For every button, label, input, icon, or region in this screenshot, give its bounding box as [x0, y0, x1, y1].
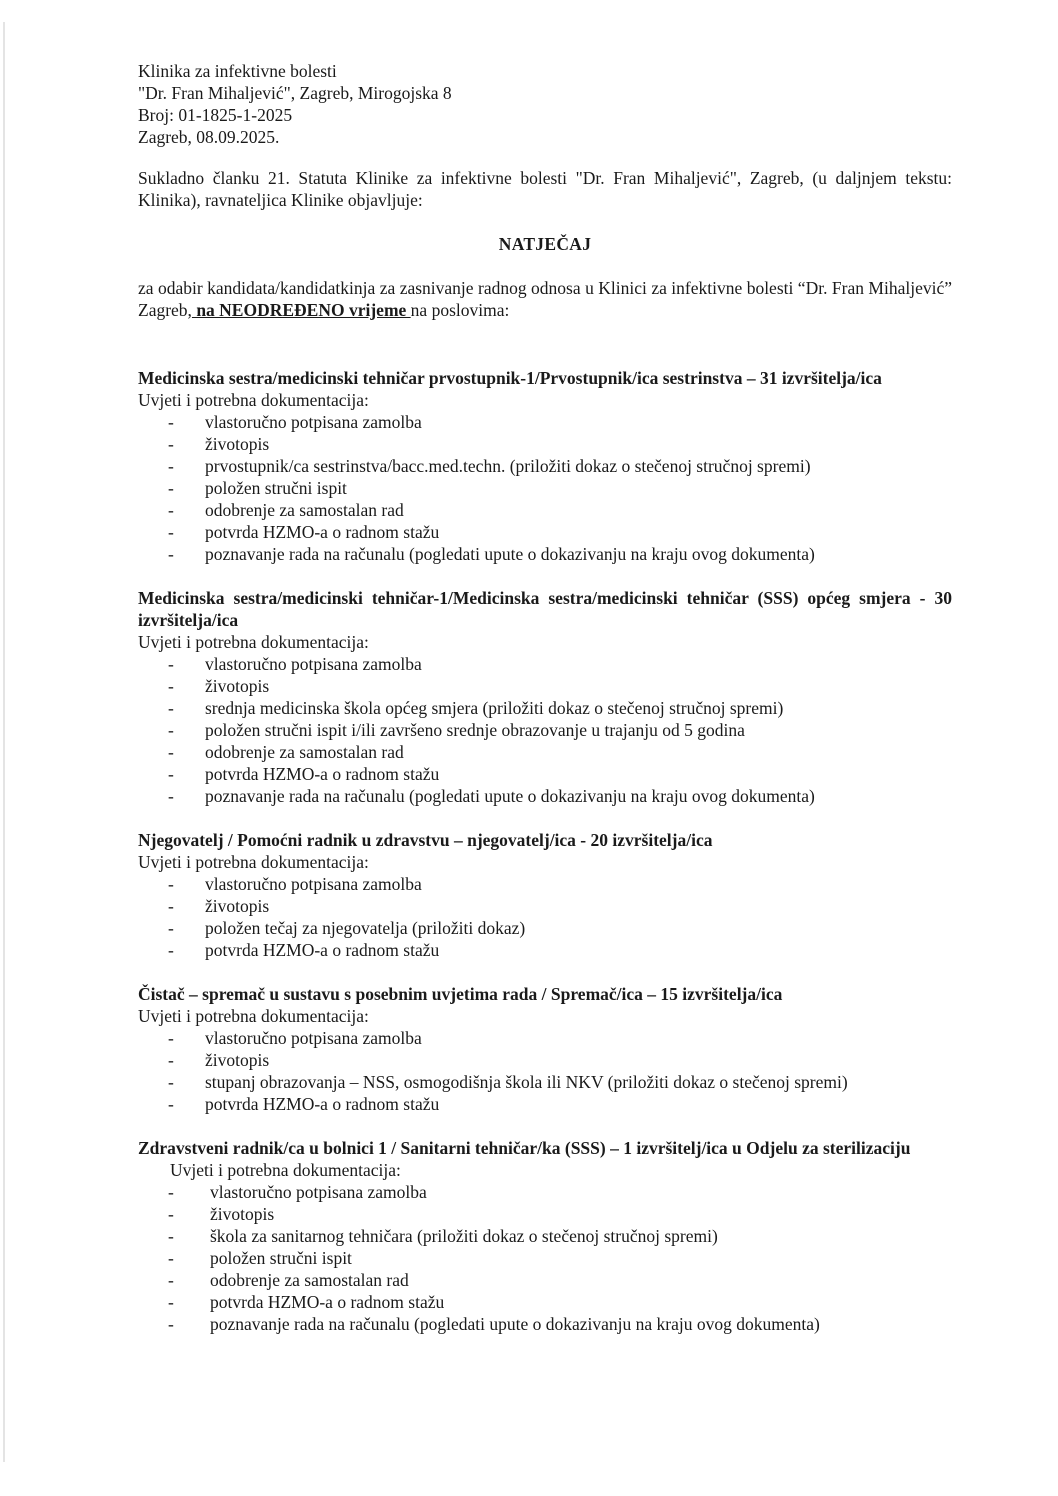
requirement-item: položen stručni ispit — [168, 477, 952, 499]
requirement-item: životopis — [168, 895, 952, 917]
requirement-item: vlastoručno potpisana zamolba — [168, 1181, 952, 1203]
requirement-item: odobrenje za samostalan rad — [168, 741, 952, 763]
requirement-item: prvostupnik/ca sestrinstva/bacc.med.tech… — [168, 455, 952, 477]
requirement-item: vlastoručno potpisana zamolba — [168, 1027, 952, 1049]
requirement-item: položen stručni ispit i/ili završeno sre… — [168, 719, 952, 741]
position-section: Medicinska sestra/medicinski tehničar-1/… — [138, 587, 952, 807]
place-date: Zagreb, 08.09.2025. — [138, 126, 952, 148]
requirement-item: potvrda HZMO-a o radnom stažu — [168, 1093, 952, 1115]
requirement-item: odobrenje za samostalan rad — [168, 499, 952, 521]
position-section: Zdravstveni radnik/ca u bolnici 1 / Sani… — [138, 1137, 952, 1335]
intro-paragraph: Sukladno članku 21. Statuta Klinike za i… — [138, 167, 952, 211]
position-section: Čistač – spremač u sustavu s posebnim uv… — [138, 983, 952, 1115]
institution-name: Klinika za infektivne bolesti — [138, 60, 952, 82]
document-page: Klinika za infektivne bolesti "Dr. Fran … — [138, 60, 952, 1335]
requirement-item: poznavanje rada na računalu (pogledati u… — [168, 1313, 952, 1335]
requirement-item: životopis — [168, 1049, 952, 1071]
reference-number: Broj: 01-1825-1-2025 — [138, 104, 952, 126]
requirement-item: životopis — [168, 433, 952, 455]
requirement-item: potvrda HZMO-a o radnom stažu — [168, 763, 952, 785]
requirement-item: vlastoručno potpisana zamolba — [168, 411, 952, 433]
position-title: Medicinska sestra/medicinski tehničar-1/… — [138, 587, 952, 631]
requirement-item: odobrenje za samostalan rad — [168, 1269, 952, 1291]
requirement-item: poznavanje rada na računalu (pogledati u… — [168, 543, 952, 565]
requirements-list: vlastoručno potpisana zamolba životopis … — [138, 653, 952, 807]
requirement-item: stupanj obrazovanja – NSS, osmogodišnja … — [168, 1071, 952, 1093]
tender-description-end: na poslovima: — [411, 300, 510, 320]
requirements-list: vlastoručno potpisana zamolba životopis … — [138, 1027, 952, 1115]
requirement-item: potvrda HZMO-a o radnom stažu — [168, 1291, 952, 1313]
employment-type-emphasis: na NEODREĐENO vrijeme — [192, 300, 411, 320]
requirement-item: životopis — [168, 1203, 952, 1225]
institution-address: "Dr. Fran Mihaljević", Zagreb, Mirogojsk… — [138, 82, 952, 104]
requirements-label: Uvjeti i potrebna dokumentacija: — [138, 1159, 952, 1181]
requirement-item: vlastoručno potpisana zamolba — [168, 653, 952, 675]
requirement-item: životopis — [168, 675, 952, 697]
position-section: Njegovatelj / Pomoćni radnik u zdravstvu… — [138, 829, 952, 961]
position-title: Medicinska sestra/medicinski tehničar pr… — [138, 367, 952, 389]
document-title: NATJEČAJ — [138, 233, 952, 255]
requirements-label: Uvjeti i potrebna dokumentacija: — [138, 1005, 952, 1027]
position-title: Zdravstveni radnik/ca u bolnici 1 / Sani… — [138, 1137, 952, 1159]
requirement-item: srednja medicinska škola općeg smjera (p… — [168, 697, 952, 719]
position-title: Čistač – spremač u sustavu s posebnim uv… — [138, 983, 952, 1005]
requirements-label: Uvjeti i potrebna dokumentacija: — [138, 389, 952, 411]
requirement-item: položen tečaj za njegovatelja (priložiti… — [168, 917, 952, 939]
tender-description: za odabir kandidata/kandidatkinja za zas… — [138, 277, 952, 321]
requirements-list: vlastoručno potpisana zamolba životopis … — [138, 411, 952, 565]
requirement-item: poznavanje rada na računalu (pogledati u… — [168, 785, 952, 807]
requirements-label: Uvjeti i potrebna dokumentacija: — [138, 631, 952, 653]
position-section: Medicinska sestra/medicinski tehničar pr… — [138, 367, 952, 565]
requirements-label: Uvjeti i potrebna dokumentacija: — [138, 851, 952, 873]
position-title: Njegovatelj / Pomoćni radnik u zdravstvu… — [138, 829, 952, 851]
letterhead: Klinika za infektivne bolesti "Dr. Fran … — [138, 60, 952, 148]
requirement-item: potvrda HZMO-a o radnom stažu — [168, 939, 952, 961]
requirement-item: potvrda HZMO-a o radnom stažu — [168, 521, 952, 543]
scan-edge-artifact — [3, 22, 5, 1462]
requirement-item: položen stručni ispit — [168, 1247, 952, 1269]
requirements-list: vlastoručno potpisana zamolba životopis … — [138, 873, 952, 961]
requirements-list: vlastoručno potpisana zamolba životopis … — [138, 1181, 952, 1335]
requirement-item: škola za sanitarnog tehničara (priložiti… — [168, 1225, 952, 1247]
requirement-item: vlastoručno potpisana zamolba — [168, 873, 952, 895]
